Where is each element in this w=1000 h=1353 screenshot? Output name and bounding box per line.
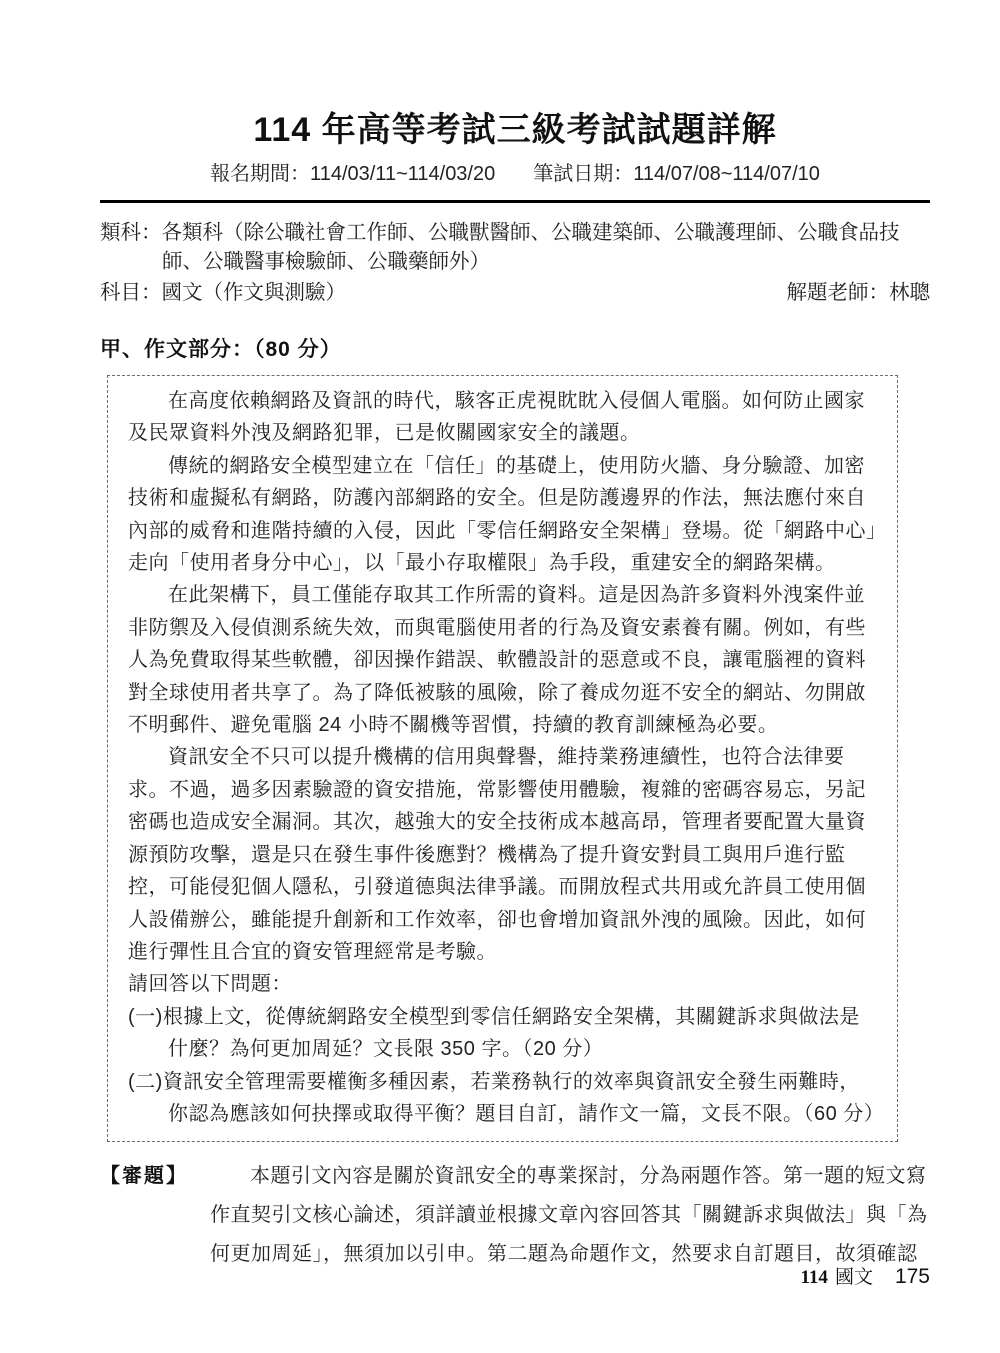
question-paragraph-1: 在高度依賴網路及資訊的時代，駭客正虎視眈眈入侵個人電腦。如何防止國家及民眾資料外… (128, 385, 877, 450)
answer-prompt: 請回答以下問題： (128, 968, 877, 1000)
question-paragraph-3: 在此架構下，員工僅能存取其工作所需的資料。這是因為許多資料外洩案件並非防禦及入侵… (128, 579, 877, 741)
page-header: 114 年高等考試三級考試試題詳解 報名期間：114/03/11~114/03/… (100, 0, 930, 203)
analysis-label: 【審題】 (100, 1157, 210, 1274)
question-marker-1: (一) (128, 1006, 163, 1028)
essay-question-box: 在高度依賴網路及資訊的時代，駭客正虎視眈眈入侵個人電腦。如何防止國家及民眾資料外… (107, 375, 898, 1142)
question-paragraph-4: 資訊安全不只可以提升機構的信用與聲譽，維持業務連續性，也符合法律要求。不過，過多… (128, 741, 877, 968)
page-content: 114 年高等考試三級考試試題詳解 報名期間：114/03/11~114/03/… (100, 0, 930, 1274)
category-line: 類科：各類科（除公職社會工作師、公職獸醫師、公職建築師、公職護理師、公職食品技師… (100, 218, 930, 276)
question-paragraph-2: 傳統的網路安全模型建立在「信任」的基礎上，使用防火牆、身分驗證、加密技術和虛擬私… (128, 450, 877, 580)
document-page: 114 年高等考試三級考試試題詳解 報名期間：114/03/11~114/03/… (0, 0, 1000, 1353)
question-marker-2: (二) (128, 1071, 163, 1093)
exam-dates-row: 報名期間：114/03/11~114/03/20 筆試日期：114/07/08~… (100, 161, 930, 187)
question-text-1: 根據上文，從傳統網路安全模型到零信任網路安全架構，其關鍵訴求與做法是什麼？為何更… (163, 1006, 860, 1060)
analysis-section: 【審題】 本題引文內容是關於資訊安全的專業探討，分為兩題作答。第一題的短文寫作直… (100, 1157, 930, 1274)
subject-line: 科目：國文（作文與測驗） (100, 278, 346, 307)
exam-meta: 類科：各類科（除公職社會工作師、公職獸醫師、公職建築師、公職護理師、公職食品技師… (100, 218, 930, 307)
subject-row: 科目：國文（作文與測驗） 解題老師：林聰 (100, 278, 930, 307)
analysis-text: 本題引文內容是關於資訊安全的專業探討，分為兩題作答。第一題的短文寫作直契引文核心… (210, 1157, 930, 1274)
footer-year: 114 (800, 1267, 827, 1289)
question-item-2: (二)資訊安全管理需要權衡多種因素，若業務執行的效率與資訊安全發生兩難時，你認為… (128, 1066, 877, 1131)
footer-subject: 國文 (835, 1262, 873, 1289)
section-heading-essay: 甲、作文部分：（80 分） (100, 333, 930, 363)
page-footer: 114 國文 175 (800, 1262, 930, 1289)
page-title: 114 年高等考試三級考試試題詳解 (100, 108, 930, 152)
question-text-2: 資訊安全管理需要權衡多種因素，若業務執行的效率與資訊安全發生兩難時，你認為應該如… (163, 1071, 884, 1125)
footer-page-number: 175 (895, 1265, 930, 1289)
registration-period: 報名期間：114/03/11~114/03/20 (210, 161, 495, 187)
question-item-1: (一)根據上文，從傳統網路安全模型到零信任網路安全架構，其關鍵訴求與做法是什麼？… (128, 1001, 877, 1066)
written-exam-date: 筆試日期：114/07/08~114/07/10 (533, 161, 820, 187)
solver-name: 解題老師：林聰 (787, 278, 931, 307)
